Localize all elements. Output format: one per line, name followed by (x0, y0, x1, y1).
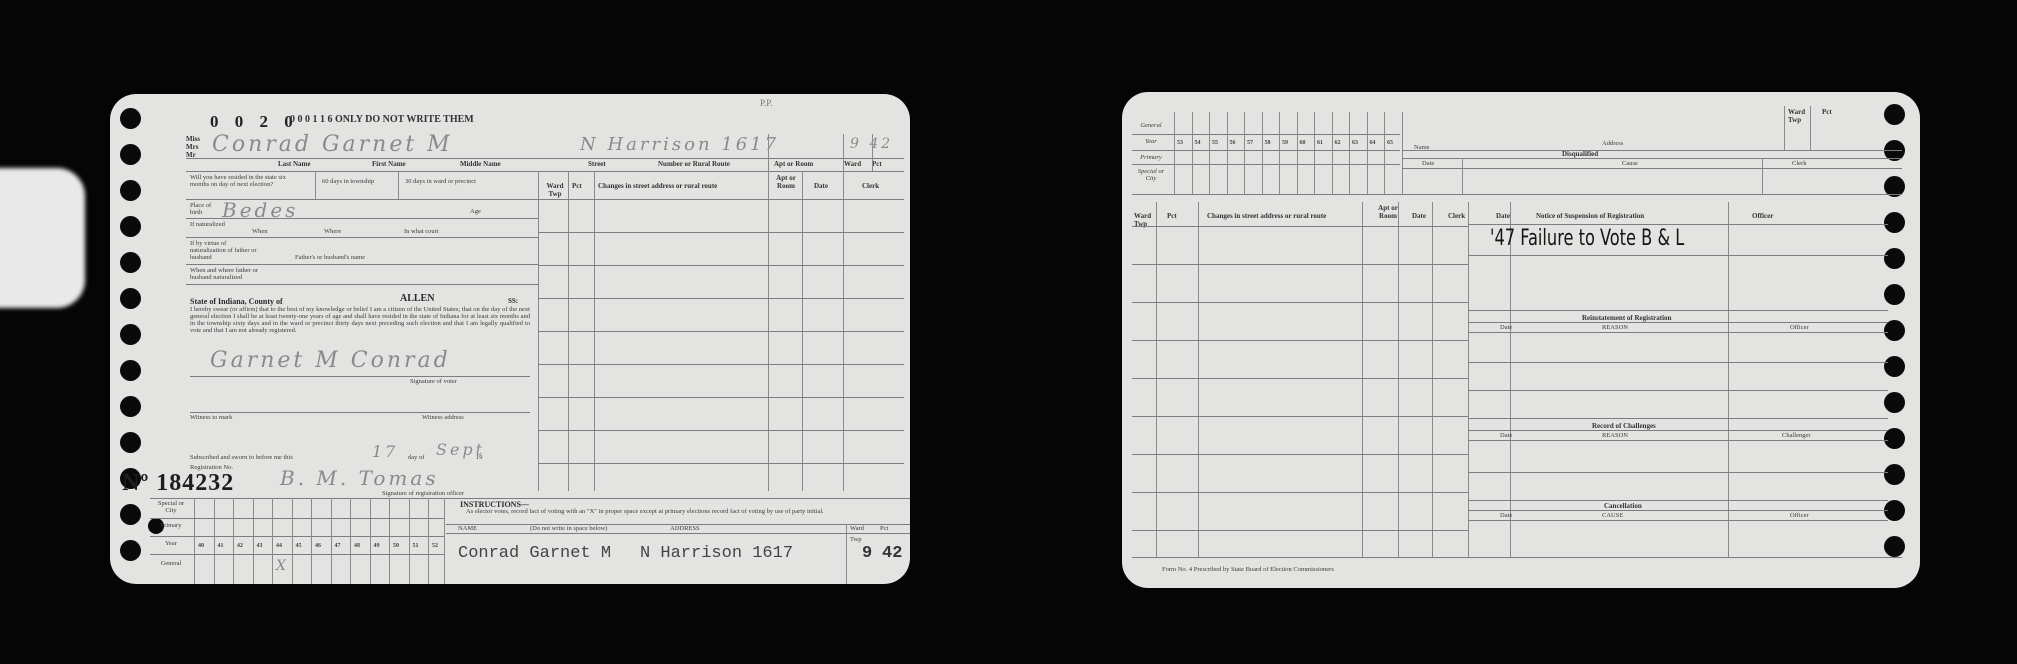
grid-col (272, 498, 273, 584)
registration-card-back: GeneralYearPrimarySpecial or City5354555… (1122, 92, 1920, 588)
header-text: 0 0 0 1 1 6 ONLY DO NOT WRITE THEM (290, 114, 474, 125)
grid-col (1362, 202, 1363, 557)
suspension-title: Notice of Suspension of Registration (1536, 212, 1644, 220)
grid-col (331, 498, 332, 584)
table-row-line (538, 364, 904, 365)
suspension-entry: '47 Failure to Vote B & L (1490, 226, 1684, 251)
reinstatement-officer-header: Officer (1790, 324, 1809, 331)
clerk-header: Clerk (1448, 212, 1465, 220)
footer-ward-label: Ward (850, 525, 864, 532)
cancellation-date-header: Date (1500, 512, 1512, 519)
punch-hole (120, 540, 141, 561)
father-when-label: When and where father or husband natural… (190, 267, 270, 281)
punch-hole (1884, 104, 1905, 125)
punch-hole (120, 504, 141, 525)
table-row-line (1468, 430, 1888, 431)
year-label: 45 (296, 543, 302, 549)
corner-stamp: P.P. (760, 98, 773, 108)
vote-row-label: Special or City (152, 500, 190, 514)
grid-col (1384, 112, 1385, 194)
punch-hole (120, 108, 141, 129)
father-virtue-label: If by virtue of naturalization of father… (190, 240, 260, 261)
punch-hole (120, 324, 141, 345)
grid-col (1279, 112, 1280, 194)
year-label: 46 (315, 543, 321, 549)
grid-col (1156, 202, 1157, 557)
punch-hole (1884, 536, 1905, 557)
grid-col (1198, 202, 1199, 557)
vote-row-label: Primary (152, 522, 190, 529)
punch-hole (120, 216, 141, 237)
grid-col (389, 498, 390, 584)
grid-line (1132, 134, 1400, 135)
table-row-line (1132, 416, 1468, 417)
grid-col (1398, 202, 1399, 557)
vote-row-label: Primary (1132, 154, 1170, 161)
first-name-label: First Name (372, 160, 406, 168)
table-row-line (1468, 362, 1888, 363)
where-label: Where (324, 228, 341, 235)
table-row-line (1132, 302, 1468, 303)
disqualified-cause-label: Cause (1622, 160, 1638, 167)
grid-col (233, 498, 234, 584)
table-row-line (1468, 510, 1888, 511)
year-label: 57 (1247, 140, 1253, 146)
street-label: Street (588, 160, 606, 168)
punch-hole (120, 288, 141, 309)
handwritten-address: N Harrison 1617 (580, 134, 779, 155)
number-label: Number or Rural Route (658, 160, 730, 168)
suspension-officer-header: Officer (1752, 212, 1773, 220)
year-label: 55 (1212, 140, 1218, 146)
footer-pct-label: Pct (880, 525, 888, 532)
voter-signature: Garnet M Conrad (210, 348, 451, 373)
disqualified-date-label: Date (1422, 160, 1434, 167)
grid-col (428, 498, 429, 584)
table-row-line (538, 463, 904, 464)
ward-twp-label: Ward Twp (1788, 108, 1810, 124)
table-row-line (1132, 492, 1468, 493)
table-row-line (1468, 255, 1888, 256)
table-row-line (1468, 390, 1888, 391)
vote-row-label: General (1132, 122, 1170, 129)
day-of-label: day of (408, 454, 424, 461)
cancellation-officer-header: Officer (1790, 512, 1809, 519)
cancellation-title: Cancellation (1604, 502, 1642, 510)
year-label: 43 (257, 543, 263, 549)
punch-hole (120, 360, 141, 381)
grid-col (214, 498, 215, 584)
grid-col (292, 498, 293, 584)
typed-ward: 9 (862, 544, 872, 563)
naturalized-label: If naturalized (190, 221, 230, 228)
suspension-date-header: Date (1496, 212, 1510, 220)
officer-signature-label: Signature of registration officer (382, 490, 464, 497)
cancellation-cause-header: CAUSE (1602, 512, 1623, 519)
table-row-line (1132, 378, 1468, 379)
punch-hole (1884, 320, 1905, 341)
table-row-line (1468, 322, 1888, 323)
age-label: Age (470, 208, 481, 215)
officer-signature: B. M. Tomas (280, 466, 439, 490)
punch-hole (120, 144, 141, 165)
oath-text: I hereby swear (or affirm) that to the b… (190, 306, 530, 334)
address-label: Address (1602, 140, 1623, 147)
grid-col (350, 498, 351, 584)
table-row-line (1132, 340, 1468, 341)
table-row-line (1468, 472, 1888, 473)
grid-col (253, 498, 254, 584)
year-label: 60 (1300, 140, 1306, 146)
punch-hole (1884, 392, 1905, 413)
township-question: 60 days in township (322, 178, 392, 185)
date-header: Date (1412, 212, 1426, 220)
grid-col (1332, 112, 1333, 194)
voter-signature-label: Signature of voter (410, 378, 457, 385)
grid-col (370, 498, 371, 584)
footer-address-label: ADDRESS (670, 525, 700, 532)
apt-header: Apt or Room (772, 174, 800, 190)
clerk-header: Clerk (862, 182, 879, 190)
table-row-line (1468, 440, 1888, 441)
pct-label: Pct (1822, 108, 1832, 116)
grid-col (311, 498, 312, 584)
challenges-reason-header: REASON (1602, 432, 1628, 439)
father-name-label: Father's or husband's name (295, 254, 365, 261)
vote-row-label: Special or City (1132, 168, 1170, 182)
footer-twp-label: Twp (850, 536, 861, 543)
table-row-line (1468, 500, 1888, 501)
serial-digits: 0 0 2 0 (210, 112, 299, 132)
table-row-line (538, 331, 904, 332)
table-bottom-line (1132, 557, 1902, 558)
grid-col (1244, 112, 1245, 194)
year-label: 56 (1230, 140, 1236, 146)
place-of-birth-label: Place of birth (190, 202, 220, 216)
table-row-line (538, 430, 904, 431)
typed-pct: 42 (882, 544, 902, 563)
punch-hole (1884, 464, 1905, 485)
year-label: 49 (374, 543, 380, 549)
grid-col (1227, 112, 1228, 194)
handwritten-name: Conrad Garnet M (212, 132, 453, 157)
year-label: 47 (335, 543, 341, 549)
court-label: In what court (404, 228, 439, 235)
table-row-line (538, 232, 904, 233)
pct-header: Pct (572, 182, 582, 190)
grid-col (1432, 202, 1433, 557)
table-row-line (1468, 418, 1888, 419)
grid-col (1314, 112, 1315, 194)
adjacent-card-edge (0, 168, 85, 308)
typed-name: Conrad Garnet M (458, 544, 611, 563)
year-label: 50 (393, 543, 399, 549)
reinstatement-title: Reinstatement of Registration (1582, 314, 1671, 322)
year-label: 61 (1317, 140, 1323, 146)
punch-hole (1884, 428, 1905, 449)
table-row-line (1468, 310, 1888, 311)
year-label: 54 (1195, 140, 1201, 146)
year-label: 59 (1282, 140, 1288, 146)
punch-hole (1884, 212, 1905, 233)
grid-line (1132, 164, 1400, 165)
grid-col (1174, 112, 1175, 194)
footer-name-label: NAME (458, 525, 477, 532)
punch-hole (1884, 248, 1905, 269)
year-label: 58 (1265, 140, 1271, 146)
challenges-challenger-header: Challenger (1782, 432, 1811, 439)
year-label: 65 (1387, 140, 1393, 146)
when-label: When (252, 228, 268, 235)
year-label: 51 (413, 543, 419, 549)
table-row-line (1468, 224, 1888, 225)
grid-col (1349, 112, 1350, 194)
grid-col (1192, 112, 1193, 194)
date-header: Date (814, 182, 828, 190)
table-row-line (1132, 226, 1468, 227)
grid-col (1367, 112, 1368, 194)
pct-label: Pct (872, 160, 882, 168)
year-label: 44 (276, 543, 282, 549)
residence-question: Will you have resided in the state six m… (190, 174, 300, 188)
witness-mark-label: Witness to mark (190, 414, 232, 421)
punch-hole (120, 252, 141, 273)
grid-col (1209, 112, 1210, 194)
table-row-line (1468, 332, 1888, 333)
vote-row-label: Year (1132, 138, 1170, 145)
year-label: 63 (1352, 140, 1358, 146)
vote-row-label: General (152, 560, 190, 567)
punch-hole (120, 396, 141, 417)
table-row-line (1132, 530, 1468, 531)
precinct-question: 30 days in ward or precinct (405, 178, 485, 185)
ss-label: SS: (508, 297, 518, 305)
punch-hole (120, 432, 141, 453)
punch-hole (1884, 356, 1905, 377)
apt-header: Apt or Room (1376, 204, 1400, 220)
year-label: 42 (237, 543, 243, 549)
disqualified-clerk-label: Clerk (1792, 160, 1806, 167)
middle-name-label: Middle Name (460, 160, 501, 168)
grid-col (194, 498, 195, 584)
challenges-date-header: Date (1500, 432, 1512, 439)
witness-address-label: Witness address (422, 414, 464, 421)
table-row-line (1132, 264, 1468, 265)
year-label: 52 (432, 543, 438, 549)
year-label: 64 (1370, 140, 1376, 146)
footer-note: (Do not write in space below) (530, 525, 607, 532)
year-label: 53 (1177, 140, 1183, 146)
ward-twp-header: Ward Twp (542, 182, 568, 198)
day-value: 17 (372, 442, 398, 461)
typed-address: N Harrison 1617 (640, 544, 793, 563)
year-label: 62 (1335, 140, 1341, 146)
last-name-label: Last Name (278, 160, 310, 168)
table-row-line (538, 298, 904, 299)
changes-header: Changes in street address or rural route (598, 182, 766, 190)
ward-label: Ward (844, 160, 861, 168)
year-label: 41 (218, 543, 224, 549)
county-value: ALLEN (400, 293, 434, 304)
grid-line (1132, 150, 1400, 151)
state-line: State of Indiana, County of (190, 297, 283, 306)
punch-hole (120, 180, 141, 201)
table-row-line (538, 199, 904, 200)
year-prefix: 19 (476, 454, 483, 461)
disqualified-title: Disqualified (1562, 150, 1598, 158)
challenges-title: Record of Challenges (1592, 422, 1656, 430)
apt-label: Apt or Room (774, 160, 813, 168)
table-row-line (1468, 520, 1888, 521)
grid-col (409, 498, 410, 584)
general-vote-mark: X (276, 558, 289, 574)
grid-col (1297, 112, 1298, 194)
title-prefix: MissMrsMr (186, 135, 206, 159)
grid-col (1262, 112, 1263, 194)
pct-header: Pct (1167, 212, 1177, 220)
reinstatement-reason-header: REASON (1602, 324, 1628, 331)
subscribed-label: Subscribed and sworn to before me this (190, 454, 293, 461)
registration-card-front: 0 0 2 0 0 0 0 1 1 6 ONLY DO NOT WRITE TH… (110, 94, 910, 584)
punch-hole (1884, 284, 1905, 305)
form-footer: Form No. 4 Prescribed by State Board of … (1162, 566, 1334, 573)
table-row-line (538, 397, 904, 398)
instructions-text: As elector votes, record fact of voting … (466, 508, 896, 515)
reinstatement-date-header: Date (1500, 324, 1512, 331)
grid-col (1402, 112, 1403, 194)
table-row-line (1132, 454, 1468, 455)
vote-row-label: Year (152, 540, 190, 547)
year-label: 48 (354, 543, 360, 549)
table-row-line (538, 265, 904, 266)
registration-number: Nº 184232 (122, 470, 234, 497)
year-label: 40 (198, 543, 204, 549)
changes-header: Changes in street address or rural route (1207, 212, 1367, 220)
